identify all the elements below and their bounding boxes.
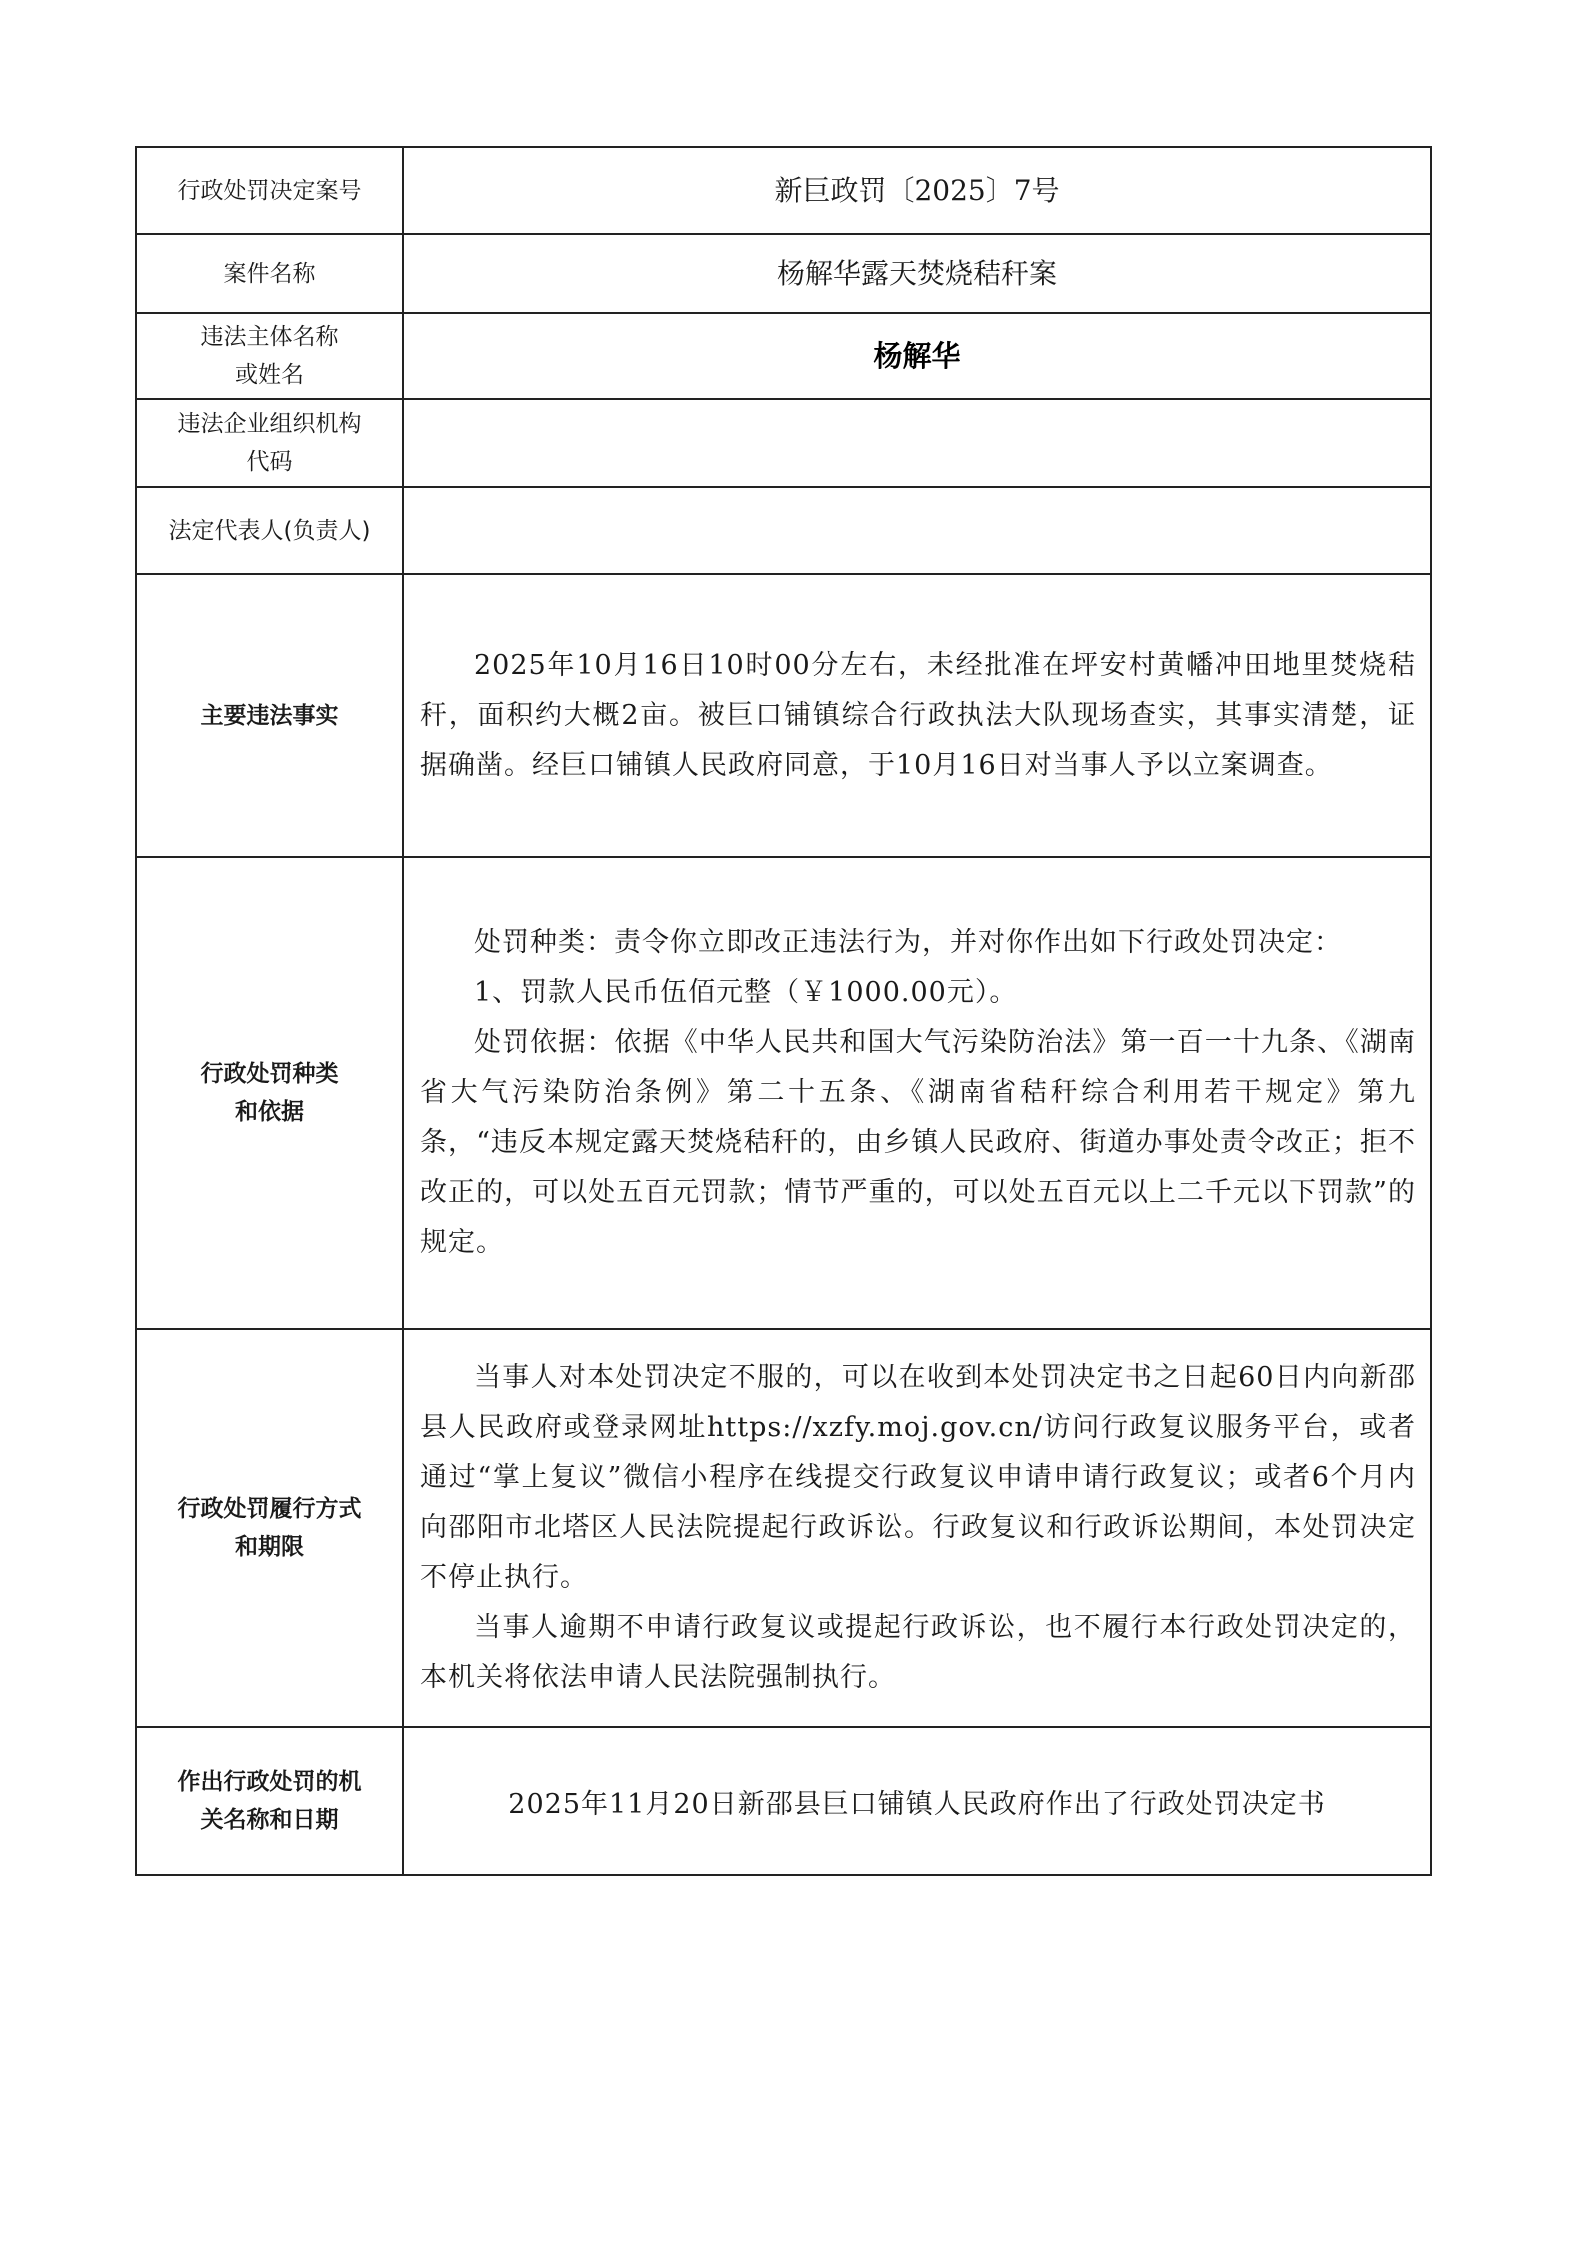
value-performance-method: 当事人对本处罚决定不服的，可以在收到本处罚决定书之日起60日内向新邵县人民政府或… — [403, 1329, 1431, 1727]
paragraph: 当事人逾期不申请行政复议或提起行政诉讼，也不履行本行政处罚决定的，本机关将依法申… — [420, 1603, 1416, 1703]
value-penalty-type-basis: 处罚种类：责令你立即改正违法行为，并对你作出如下行政处罚决定： 1、罚款人民币伍… — [403, 857, 1431, 1329]
value-case-name: 杨解华露天焚烧秸秆案 — [403, 234, 1431, 313]
label-line: 和期限 — [147, 1528, 392, 1566]
label-case-number: 行政处罚决定案号 — [136, 147, 403, 234]
row-violator-name: 违法主体名称 或姓名 杨解华 — [136, 313, 1431, 399]
row-case-number: 行政处罚决定案号 新巨政罚〔2025〕7号 — [136, 147, 1431, 234]
value-case-number: 新巨政罚〔2025〕7号 — [403, 147, 1431, 234]
row-org-code: 违法企业组织机构 代码 — [136, 399, 1431, 487]
label-line: 行政处罚种类 — [147, 1055, 392, 1093]
label-line: 关名称和日期 — [147, 1801, 392, 1839]
paragraph: 处罚种类：责令你立即改正违法行为，并对你作出如下行政处罚决定： — [420, 918, 1416, 968]
value-authority-date: 2025年11月20日新邵县巨口铺镇人民政府作出了行政处罚决定书 — [403, 1727, 1431, 1875]
value-org-code — [403, 399, 1431, 487]
value-violator-name: 杨解华 — [403, 313, 1431, 399]
value-legal-representative — [403, 487, 1431, 574]
row-penalty-type-basis: 行政处罚种类 和依据 处罚种类：责令你立即改正违法行为，并对你作出如下行政处罚决… — [136, 857, 1431, 1329]
label-main-facts: 主要违法事实 — [136, 574, 403, 857]
label-line: 违法企业组织机构 — [147, 405, 392, 443]
label-violator-name: 违法主体名称 或姓名 — [136, 313, 403, 399]
paragraph: 1、罚款人民币伍佰元整（￥1000.00元）。 — [420, 968, 1416, 1018]
label-line: 行政处罚履行方式 — [147, 1490, 392, 1528]
row-main-facts: 主要违法事实 2025年10月16日10时00分左右，未经批准在坪安村黄幡冲田地… — [136, 574, 1431, 857]
label-line: 或姓名 — [147, 356, 392, 394]
label-performance-method: 行政处罚履行方式 和期限 — [136, 1329, 403, 1727]
paragraph: 当事人对本处罚决定不服的，可以在收到本处罚决定书之日起60日内向新邵县人民政府或… — [420, 1353, 1416, 1603]
row-authority-date: 作出行政处罚的机 关名称和日期 2025年11月20日新邵县巨口铺镇人民政府作出… — [136, 1727, 1431, 1875]
value-main-facts: 2025年10月16日10时00分左右，未经批准在坪安村黄幡冲田地里焚烧秸秆，面… — [403, 574, 1431, 857]
paragraph: 2025年10月16日10时00分左右，未经批准在坪安村黄幡冲田地里焚烧秸秆，面… — [420, 641, 1416, 791]
label-line: 作出行政处罚的机 — [147, 1763, 392, 1801]
label-authority-date: 作出行政处罚的机 关名称和日期 — [136, 1727, 403, 1875]
label-line: 违法主体名称 — [147, 318, 392, 356]
row-case-name: 案件名称 杨解华露天焚烧秸秆案 — [136, 234, 1431, 313]
label-penalty-type-basis: 行政处罚种类 和依据 — [136, 857, 403, 1329]
paragraph: 处罚依据：依据《中华人民共和国大气污染防治法》第一百一十九条、《湖南省大气污染防… — [420, 1018, 1416, 1268]
row-legal-representative: 法定代表人(负责人) — [136, 487, 1431, 574]
label-org-code: 违法企业组织机构 代码 — [136, 399, 403, 487]
label-legal-representative: 法定代表人(负责人) — [136, 487, 403, 574]
label-line: 代码 — [147, 443, 392, 481]
label-line: 和依据 — [147, 1093, 392, 1131]
penalty-decision-table: 行政处罚决定案号 新巨政罚〔2025〕7号 案件名称 杨解华露天焚烧秸秆案 违法… — [135, 146, 1432, 1876]
label-case-name: 案件名称 — [136, 234, 403, 313]
row-performance-method: 行政处罚履行方式 和期限 当事人对本处罚决定不服的，可以在收到本处罚决定书之日起… — [136, 1329, 1431, 1727]
